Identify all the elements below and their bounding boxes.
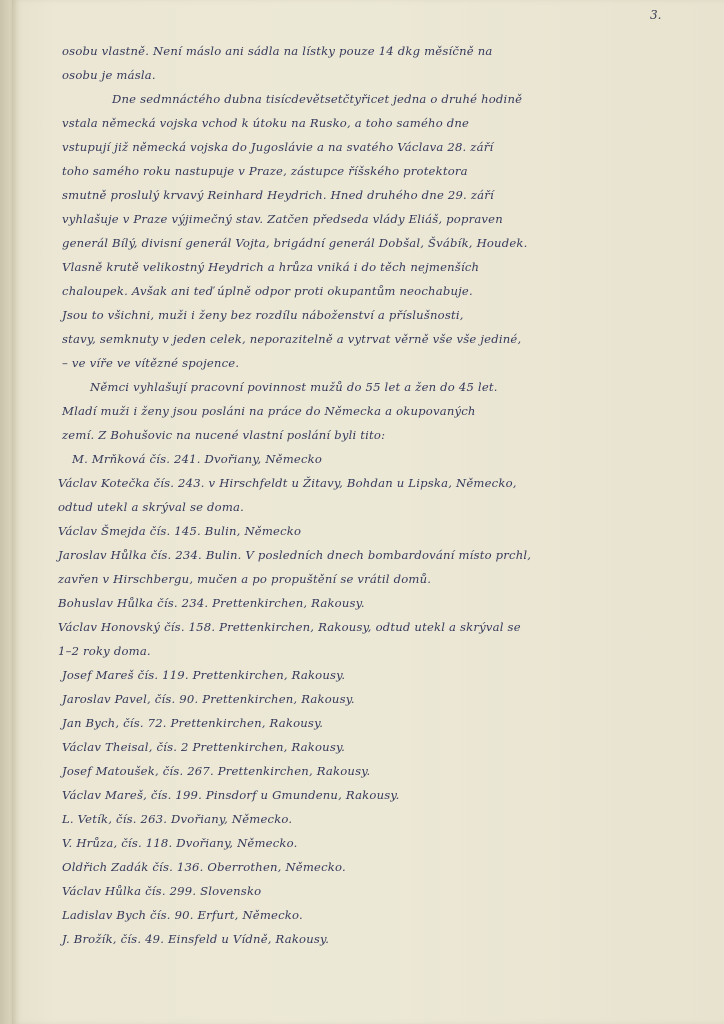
text-line: Mladí muži i ženy jsou posláni na práce …: [62, 404, 476, 418]
list-entry: Václav Kotečka čís. 243. v Hirschfeldt u…: [58, 476, 517, 490]
text-line: Vlasně krutě velikostný Heydrich a hrůza…: [62, 260, 479, 274]
manuscript-page: 3. osobu vlastně. Není máslo ani sádla n…: [12, 0, 724, 1024]
list-entry: Jan Bych, čís. 72. Prettenkirchen, Rakou…: [62, 716, 323, 730]
list-entry: Václav Hůlka čís. 299. Slovensko: [62, 884, 261, 898]
list-entry: Oldřich Zadák čís. 136. Oberrothen, Něme…: [62, 860, 346, 874]
list-entry: Václav Šmejda čís. 145. Bulin, Německo: [58, 524, 301, 538]
text-line: chaloupek. Avšak ani teď úplně odpor pro…: [62, 284, 473, 298]
list-entry: Bohuslav Hůlka čís. 234. Prettenkirchen,…: [58, 596, 365, 610]
text-line: zemí. Z Bohušovic na nucené vlastní posl…: [62, 428, 385, 442]
list-entry: Josef Mareš čís. 119. Prettenkirchen, Ra…: [62, 668, 345, 682]
text-line: vyhlašuje v Praze výjimečný stav. Zatčen…: [62, 212, 503, 226]
list-entry: 1–2 roky doma.: [58, 644, 151, 658]
list-entry: M. Mrňková čís. 241. Dvořiany, Německo: [72, 452, 322, 466]
text-line: osobu vlastně. Není máslo ani sádla na l…: [62, 44, 492, 58]
text-line: Jsou to všichni, muži i ženy bez rozdílu…: [62, 308, 464, 322]
list-entry: Josef Matoušek, čís. 267. Prettenkirchen…: [62, 764, 370, 778]
list-entry: J. Brožík, čís. 49. Einsfeld u Vídně, Ra…: [62, 932, 329, 946]
text-line: stavy, semknuty v jeden celek, neporazit…: [62, 332, 521, 346]
text-line: osobu je másla.: [62, 68, 156, 82]
text-line: toho samého roku nastupuje v Praze, zást…: [62, 164, 468, 178]
list-entry: Jaroslav Pavel, čís. 90. Prettenkirchen,…: [62, 692, 355, 706]
text-line: – ve víře ve vítězné spojence.: [62, 356, 239, 370]
list-entry: odtud utekl a skrýval se doma.: [58, 500, 244, 514]
list-entry: V. Hrůza, čís. 118. Dvořiany, Německo.: [62, 836, 298, 850]
list-entry: zavřen v Hirschbergu, mučen a po propušt…: [58, 572, 431, 586]
text-line: Dne sedmnáctého dubna tisícdevětsetčtyři…: [112, 92, 522, 106]
text-line: vstala německá vojska vchod k útoku na R…: [62, 116, 469, 130]
text-line: generál Bílý, divisní generál Vojta, bri…: [62, 236, 528, 250]
list-entry: Václav Mareš, čís. 199. Pinsdorf u Gmund…: [62, 788, 400, 802]
page-number: 3.: [650, 8, 661, 22]
list-entry: L. Vetík, čís. 263. Dvořiany, Německo.: [62, 812, 292, 826]
list-entry: Ladislav Bych čís. 90. Erfurt, Německo.: [62, 908, 303, 922]
list-entry: Václav Honovský čís. 158. Prettenkirchen…: [58, 620, 521, 634]
list-entry: Václav Theisal, čís. 2 Prettenkirchen, R…: [62, 740, 345, 754]
text-line: vstupují již německá vojska do Jugoslávi…: [62, 140, 493, 154]
text-line: Němci vyhlašují pracovní povinnost mužů …: [90, 380, 498, 394]
list-entry: Jaroslav Hůlka čís. 234. Bulin. V posled…: [58, 548, 531, 562]
text-line: smutně proslulý krvavý Reinhard Heydrich…: [62, 188, 494, 202]
